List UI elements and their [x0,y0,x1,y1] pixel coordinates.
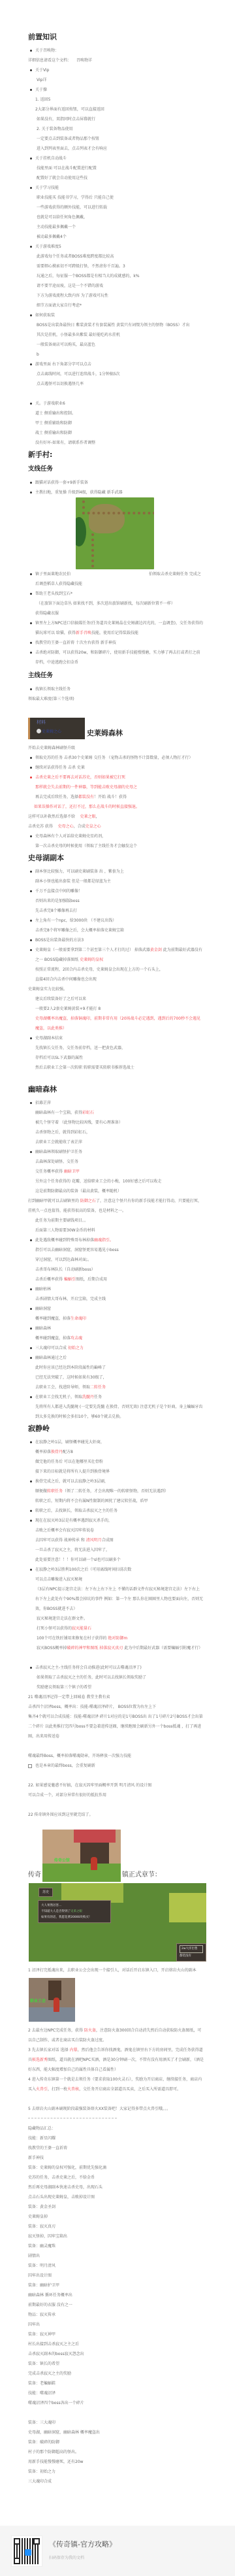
slime-potion: 史母森林有个人对话给史莱姆壳星药剂， [28,831,204,841]
highlight-item: 防御之石 [80,1199,96,1203]
hero-sprite [54,1998,59,2012]
skill-line: 一些游戏获得的额外技能，可以进行转载 [28,203,204,212]
swamp-fragments: 集齐4个就可以合成技能：技能-噬魂沼泽 碎片1对应的是1号BOSS出 出了1号碎… [28,1712,204,1741]
ridge-note: 击败之后概率会有寂灭囚牢传说卷 [28,1526,204,1535]
dark-note: 后面第三人物需要30W金币的材料 [28,1226,204,1235]
ridge-note: 如果领取了击杀寂灭之主的任务，此时可以去找镇长领取奖励了 [28,1673,204,1682]
lake-note: 击杀完8个将军雕像之后，会大概率掉落史莱姆宝箱 [28,926,204,935]
slime-continue: 再去完成后续任务，选择都装没有！开始 战斗！获得 [28,792,204,802]
highlight-option: 都装没有 [78,795,94,799]
ridge-note: 可以点击雕像进入寂灭秘境 [28,1575,204,1584]
choice-sell[interactable]: 2w大洋出售 [180,1945,203,1953]
dark-item: 此处遇敌概率碰到特殊哥布林掉落幽魂指引。 [28,1235,204,1245]
save-text: 这样可以补救然后选择不给 [28,814,75,819]
swamp-boss-note: 击杀四个沼泽boss，概率出：技能-噬魂沼泽碎片， BOSS位置为右左上下 [28,1702,204,1712]
hidden-line: 村子的那个防御超高的怪出。 [28,2447,204,2457]
ridge-text: （领了二转任务，才会出现唯一的转职怪物，否则无法遇到） [63,1489,168,1494]
highlight-item: 绝对防御m [108,1636,127,1641]
bullet-ui: 游戏里面 右下角部分字可以点击 [28,360,204,369]
bullet-skills: 关于学习技能 [28,183,204,193]
highlight-item: 二转任务 [90,1385,106,1390]
dialog-line: 不知道大人是否得到了史莱之眼 [41,1909,108,1915]
highlight-item: 黄金剑 [150,948,162,952]
speaker-name: 苏史 [39,1888,53,1897]
dark-text: 在职业工会找无机子，领取 [35,1395,82,1399]
hidden-line: 物品：寂灭传承 [28,2310,204,2320]
spacer [28,1741,204,1751]
highlight-item: 生命魂印 [70,1316,86,1321]
section-title-prelim: 前置知识 [28,31,204,43]
tree [76,517,86,546]
hidden-line: 装备：幽灵魔珠 [28,2241,204,2251]
dark-item: 幽暗枯林 [28,1284,204,1294]
hidden-line: 击杀寂灭副本的boss寂灭怨念出 [28,2349,204,2359]
mansion-label: 传奇公馆 [54,1856,70,1865]
ridge-text: 去囚牢可以获得 战神传承 和 [35,1538,86,1543]
dark-text: 三大魂印可以合成 [35,1346,68,1350]
auto-line: 技能里面 可以在战斗配置进行配置 [28,163,204,173]
step-22c: 22 传奇镇外围应该到这里就完结了。 [28,1810,204,1820]
dark-item: 幽暗森林 [28,1324,204,1333]
highlight-item: 候选新秀 [32,2058,48,2062]
highlight-item: 攻击魂 [70,1336,82,1341]
lake-note: 先击杀完8个雕像再去打 [28,906,204,916]
dialog-highlight: 史莱之眼 [70,1910,82,1913]
hidden-line: 然后再史母湖副本快速击杀史母，出现石头 [28,2183,204,2192]
ridge-note: 此处需要注意！！！你可以刷一个sl也可以刷多个 [28,1555,204,1565]
final-boss: 噬魂最终Boss，概率掉落噬魂勋章，开场释放一次强力技能 [28,1751,204,1761]
chapter-text: ，交任务开启商店全部道具买卖，之后买入所需道具即可。 [79,2087,181,2092]
hidden-line: 新手神技 [28,2153,204,2163]
ridge-note: 寂灭秘境迷宫走法在群文件。 [28,1614,204,1624]
chapter-step-4: 4 进入传奇东镇第一个就是去领任务（要求获取100火灵石），奖励为开启商店，继续… [28,2075,204,2094]
chapter-text: ，打到一枚 [48,2087,67,2092]
ridge-note: 去囚牢可以获得 战神传承 和 清风明月合成图 [28,1535,204,1545]
dark-note: 击杀剧情大哥布林，开启宝箱，完成主线 [28,1294,204,1304]
class-line: 战士 侧重输出和防御 [28,428,204,438]
hidden-line: 噬魂沼泽四个boss各出一个碎片 [28,2398,204,2408]
lake-item: 史莱姆皇（一般需要拿到第二个甚至第三个人才打的过） 掉落武器黄金剑 此为前期最好… [28,945,204,965]
bullet-summon: 关于召唤物： [28,46,204,56]
grass [42,1864,121,1882]
dark-note: 这是前期防御最高的装备（最高黄装，概率随机） [28,1186,204,1196]
kill-text: ，合成 [74,824,86,829]
slime-warning: 那样就会失去前期的一件神器，等到能击败史母湖的史母之 [28,782,204,792]
hidden-line: 装备：幽暗护卫甲 [28,2281,204,2290]
dialog-line: 如果有的话，我愿花费20000块购买！ [41,1915,108,1920]
highlight-skill: 新手召唤 [76,631,91,635]
spacer [28,1073,204,1082]
bullet-vip: 关于Vip [28,65,204,75]
subsection-side-quests: 支线任务 [28,463,204,475]
hidden-line: 剧情出 [28,2251,204,2261]
dialog-screenshot: 苏史 大人果然厉害... 不知道大人是否得到了史莱之眼 如果有的话，我愿花费20… [29,1883,206,1962]
ops-line: 一定要点击到装备或者物品那个按钮 [28,134,204,144]
slime-warning: 如果误操作对话了，还打不过，那么在战斗的时候直接强退。 [28,802,204,812]
ridge-note: 奖励建议领取第三个镇子的希望 [28,1682,204,1692]
section-title-village: 新手村: [28,449,204,461]
ridge-note: 转职之后，短期内将不会有属N性限制的困扰了建议转狂战，盾甲 [28,1496,204,1506]
ridge-text: 配方8 [63,1450,73,1454]
highlight-item: 彩虹石 [82,1111,94,1115]
ridge-note: 寂灭BOSS概率掉破碎的神甲和图纸 掉落寂灭真刃 此为中后期最好武器（需要蝙蝠引… [28,1643,204,1653]
highlight-item: 史莱之眼 [80,814,96,819]
auto-line: 配置好了就会自动使用这些技 [28,173,204,183]
slime-heart-icon [37,729,41,733]
hidden-line: 技能：新星闪耀 [28,2133,204,2143]
ridge-text: 顺便做 [35,1489,47,1494]
ridge-text: 100个可在铁匠铺用来修复在村子获得的 [37,1636,108,1641]
choice-none[interactable]: 都装没有 [180,1953,203,1960]
gear-line: b [28,350,204,360]
qr-finder [14,2538,20,2545]
checkbox-label: 也是本章的最终boss，会重复刷新 [35,1764,95,1768]
bullet-difficulty: 关于游戏难度5 [28,242,204,252]
slime-intro: 开始去史莱姆森林刷怪升级 [28,743,204,753]
dark-note: 概率碰到魔盗，掉落生命魂印 [28,1314,204,1324]
hidden-line: 装备：破碎的防御 [28,2437,204,2447]
bullet-auto-battle: 关于挂机自动战斗 [28,154,204,163]
diff-line: 玩通之后，每征服一个BOSS都是有相当大的成就感的，k% [28,271,204,281]
dark-text: 概率碰到魔盗，掉落 [35,1316,70,1321]
ridge-note: （3层有NPC提示迷宫走法：左下右上右下左上 不懂的话群文件有寂灭秘境迷宫走法）… [28,1584,204,1614]
ridge-text: 打死小怪可以获得的 [37,1626,72,1631]
hidden-line: 装备：老蝙蝠鞋 [28,2379,204,2388]
side-quest-defense: 击杀绝对防御，可以获得20w，和防御碎片，使用新手技能慢慢磨，实力够了再去打或者… [28,648,204,667]
ridge-item: 在寂静之岭3层胜利100次之后（可用离线时间扫荡次数 [28,1565,204,1575]
dark-text: 打到幽暗甲就可以去刷镇里的 [28,1199,80,1203]
dark-text: 图纸，后期合成用 [76,1277,107,1282]
skill-line: 主动技能最多佩戴一个 [28,222,204,232]
ridge-text: 寂灭BOSS概率掉 [37,1646,67,1650]
spacer [28,1771,204,1781]
ridge-item: 击杀寂灭之主-主线任务将会自动推进(此时可以去噬魂沼泽了) [28,1663,204,1673]
hidden-line: 技能：噬魂沼泽 [28,2388,204,2398]
ops-line: 如果没有，双指同时点击屏幕就行 [28,114,204,124]
spacer [28,389,204,399]
spacer [28,704,204,714]
dark-note: 幽暗森林有一个宝箱，获得彩虹石 [28,1108,204,1118]
dark-note: 概率碰到魔盗，掉落攻击魂 [28,1333,204,1343]
spacer [28,2094,204,2104]
footer-card: 《传奇镇-官方攻略》 扫码保存为我的文档 [0,2526,235,2576]
hidden-line: 用新手技能慢慢磨死，还有20w [28,2457,204,2467]
highlight-item: 史莱姆的皇权 [80,958,103,962]
highlight-item: 换骨丹 [51,1450,63,1454]
section-title-ridge: 寂静岭 [28,1423,204,1435]
lake-red-note: 史母湖概率出魔盗，掉落铜魂印，前期非常有用（20场战斗必定遇到，遇到后的700秒… [28,1014,204,1033]
dark-text: 此处遇敌概率碰到特殊哥布林掉落 [35,1238,94,1243]
highlight-item: 火兽引 [36,2087,48,2092]
hidden-line: 找教堂的王婆一直祈祷 [28,2143,204,2153]
chapter-text: 图纸，道具就在酒吧NPC买酒，酒是30分钟刷一次，不管有没有用酒买了才会刷新，（… [28,2058,204,2072]
highlight-item: 火兽核 [67,2087,79,2092]
wheat-field [169,1893,206,1922]
highlight-item: 寂灭能量石 [72,1626,91,1631]
summon-doc-line: 详细信息请看这个文档：召唤物详 [28,56,204,65]
highlight-item: 幽魂指引。 [94,1238,114,1243]
legend-title-text: 传奇 [28,1871,41,1879]
roof [74,1830,116,1843]
diff-line: 细节方面请大家自行考虑* [28,301,204,310]
side-quest-old-man: 帮助王老头找到宝石* [28,589,204,599]
bag-title: 材料 [37,718,46,728]
farmer-text: 镇子里面莱地农民伯 [35,572,70,577]
spacer [28,1653,204,1663]
lake-strong: 史莱姆皇实力比较强。 [28,984,204,994]
highlight-item: 史皇之心 [86,824,101,829]
lake-note: 建议后续装备好了之后可以来 [28,994,204,1004]
step-22b: 可以合成一个，对部分异常有很好的抵抗作用 [28,1790,204,1800]
diff-line: 需要细心摸索切不可跨级打怪，不然虐你千百遍。3 [28,261,204,271]
highlight-item: 幽暗卫甲 [64,1169,80,1174]
dark-text: 幽暗森林有一个宝箱，获得 [35,1111,82,1115]
chapter-text: 3 先去镇长家对话 选择 [28,2048,70,2052]
lake-item: 左上角有一个npc，给3000块 （不建议出钱） [28,916,204,926]
bullet-ops: 关于操 [28,85,204,95]
vip-doc-link[interactable]: Vip详 [28,75,204,85]
side-quest-item: 跟猫对话获得一套+9新手装备 [28,478,204,488]
hidden-line: 装备：初始之力 [28,2467,204,2477]
summon-doc-link[interactable]: 召唤物详 [76,58,92,63]
ridge-note: 打死小怪可以获得的寂灭能量石 [28,1624,204,1633]
dark-item: 三大魂印可以合成 初始之力 [28,1343,204,1353]
ridge-item: 转职之后，去找镇长，领取击杀寂灭之主的任务 [28,1506,204,1516]
dark-note: 交任务概率获得 幽暗卫甲 [28,1167,204,1177]
hidden-line: 寂灭怪掉，囚牢宝箱出 [28,2232,204,2241]
dark-item: 在职业工会找无机子，领取洗髓丹任务 [28,1392,204,1402]
legend-town-title: 传奇 传奇公馆 镇正式章节： [28,1830,204,1882]
ridge-text: 此为中后期最好武器（需要蝙蝠引附魔才行） [123,1646,202,1650]
dialog-text: 不知道大人是否得到了 [41,1910,70,1913]
highlight-item: 内幕 [70,2048,78,2052]
kill-text: 击杀史苏 获得 [28,824,53,829]
highlight-item: 蝙蝠引 [64,1277,76,1282]
diff-line: 下方为游戏流程大致内容 为了游戏可玩性 [28,291,204,301]
ui-line: 点击离线时间，可以进行连续战斗，1分钟搞5次 [28,369,204,379]
footer-subtitle: 扫码保存为我的文档 [49,2553,116,2563]
hidden-line: 囚牢出设计图 [28,2271,204,2281]
dark-item: 幽暗森林领取刷怪护卫任务 [28,1147,204,1157]
step-22a: 22. 如果感觉魅惑不好搞，在寂灭囚牢里面概率开到 明月清风 的设计图 [28,1781,204,1790]
lake-note: 副本小怪也能出套装 但是一般都是绿蓝为主 [28,877,204,886]
dialog-box: 大人果然厉害... 不知道大人是否得到了史莱之眼 如果有的话，我愿花费20000… [38,1900,111,1923]
dark-note: 指引可以去幽暗洞窟，洞窟怪更容易遇见小boss [28,1245,204,1255]
old-man-note: （在旅馆下面边草丛 如果找不到，多次进出旅馆刷新找，每次刷新位置不一样） [28,599,204,609]
slime-forest-header: 材料 史莱姆之心 史莱姆森林 [28,718,204,739]
ridge-note: 100个可在铁匠铺用来修复在村子获得的 绝对防御m [28,1633,204,1643]
main-quest-item: 找镇长领取主线任务 [28,684,204,694]
hidden-line: 囚牢出 [28,2320,204,2330]
skill-line: 也就是可以给任何角色佩戴， [28,212,204,222]
dark-item: 幽暗洞窟 [28,1304,204,1314]
checkbox[interactable] [28,1764,32,1768]
hidden-line: 装备：寂灭真刃 [28,2222,204,2232]
dark-note: 已经无法突破了，这时候如果有30级了， [28,1373,204,1382]
bag-screenshot: 材料 史莱姆之心 [28,718,85,739]
dark-defense: 打到幽暗甲就可以去刷镇里的 防御之石了，注意这个怪只有你的新手技能才能打得动，只… [28,1196,204,1216]
dark-text: 击杀后概率获得 [35,1277,64,1282]
guild-screenshot: 职业工会 [29,1978,75,2022]
ops-line: 1. 返回5 [28,95,204,105]
hidden-title: 隐藏物品汇总： [28,2124,204,2133]
stone-wall [82,497,154,514]
spacer [28,2408,204,2418]
dark-note: 击杀哥布林队长（自动刷新boss） [28,1265,204,1275]
subsection-main-quests: 主线任务 [28,670,204,682]
continue-text: ！开始 战斗！获得 [94,795,127,799]
gear-line: BOSS是出装备最快日 紫装黄装才有套装属性 黄装只有词缀为领主的怪物（BOSS… [28,320,204,330]
section-title-dark-forest: 幽暗森林 [28,1084,204,1096]
chapter-step-3: 3 先去镇长家对话 选择 内幕，然后他会告诉你找酒鬼，酒鬼在镇里右下方的房间里，… [28,2045,204,2075]
footer-title: 《传奇镇-官方攻略》 [49,2539,116,2551]
npc-text: 技能，使用后记得装载技能 [91,631,138,635]
dark-item: 幽暗森林通过之后 [28,1353,204,1363]
slime-item: 领取史苏的任务 击杀30个史莱姆 交任务 （宠物击杀的怪物不计算数量，必须人物打… [28,753,204,763]
spacer [28,1800,204,1810]
old-man-reward: 获得隐藏衣服 [28,609,204,618]
qr-finder [33,2538,40,2545]
dark-note: 穿过洞窟，可以到达森林对面;。 [28,1255,204,1265]
highlight-item: 清风明月 [86,1538,102,1543]
dialog-line: 大人果然厉害... [41,1903,108,1909]
dark-note: 此任务为前期主要刷钱项目。。 [28,1216,204,1226]
chapter-step-1: 1 沼泽打完抵魂出来，去职业公会会出现一个接引人，对话后开启东镇入口，开启熔岩火… [28,1965,204,1975]
swamp-step-21: 21 噬魂沼泽记得一定带上回城卷 教堂主教有卖 [28,1692,204,1702]
summon-doc-text: 详细信息请看这个文档： [28,58,71,63]
ops-line: 2大部分界面有返回按钮，可以直接返回 [28,105,204,114]
legend-mansion-screenshot: 传奇公馆 [42,1830,121,1882]
side-quest-pray: 找教堂的王婆一直祈祷 十次左右获得 新手神技 [28,638,204,648]
ui-line: 点击遇怪可以切换遇怪几率 [28,379,204,389]
dark-note: 击杀怪物之后，就得到彩虹石， [28,1128,204,1137]
section-title-slime-forest: 史莱姆森林 [87,729,123,737]
hidden-line: 村长出接到击杀寂灭之主之后 [28,2339,204,2349]
legend-title-text: 镇正式章节： [122,1871,161,1879]
diff-line: 此游戏每个任务或者BOSS难度跨度都比较高 [28,252,204,261]
hidden-line: 史莱姆皇掉 [28,2212,204,2222]
ridge-note: 接下来的目标就是将所有人提升到换骨境界 [28,1467,204,1477]
ridge-text: 概率掉落 [35,1450,51,1454]
hidden-line: 幽暗森林 循环任务概率出 [28,2290,204,2300]
lake-note: 否则出来的是加强版boss [28,896,204,906]
hidden-line: 装备：明月清风 [28,2261,204,2271]
hidden-line: 装备：寂灭神甲 [28,2330,204,2339]
divider [28,2118,117,2118]
dark-note: 被几个怪守着 （此怪物比较凶残，要有心理准备） [28,1118,204,1128]
qr-code-icon[interactable] [12,2536,42,2566]
class-line: 甲士 侧重辅助和防御 [28,418,204,428]
dark-note: 去职业工会，找进阶导师，领取二转任务 [28,1382,204,1392]
slime-potion-note: 第一次击杀史母的时候使用（领取了主线任务才会触发这个 [28,841,204,851]
ridge-item: 现在在寂灭岭3层是有概率遇到寂灭杀手的， [28,1516,204,1526]
bullet-gear: 如何获取装 [28,310,204,320]
side-quest-item: 主教扫地，重复操 升级到4级，获得隐藏 新手武器 [28,488,204,497]
qr-finder [14,2558,20,2564]
ops-line: 2. 关于装备物品使用 [28,124,204,134]
floor [29,2007,75,2022]
gear-line: 一般装备商店可以购买，最高蓝色 [28,340,204,350]
hidden-line: 史母湖，幽暗洞窟，幽暗森林 概率魔盗出 [28,2428,204,2437]
ridge-item: 换骨完成之后，就可以去寂静之岭3层刷， [28,1477,204,1486]
choice-menu: 2w大洋出售 都装没有 [176,1943,206,1962]
dark-text: 任务 [94,1395,102,1399]
slime-item: 继续对话获得任务 击杀 史莱 [28,763,204,773]
highlight-item: 初始之力 [68,1346,84,1350]
dark-note: 此时你应该已经达到本阶段属性的巅峰了 [28,1363,204,1373]
lake-note: 直接4回合内击杀中间雕像也会出现 [28,975,204,984]
hidden-line: 装备：三大魂印 [28,2418,204,2428]
skill-line: 职业技能买 技能书学习，学得后 只能自己使 [28,193,204,203]
side-quest-farmer: 镇子里面莱地农民伯伯领取击杀史莱姆任务 完成之后调查稻草人获得隐藏技能 [28,569,204,589]
stone-wall [91,533,154,569]
skill-line: 被动最多佩戴4个 [28,232,204,242]
dark-note: 去森林深处刷怪、交任务 [28,1157,204,1167]
ridge-note: 做完他的任务后 可以在他哪里买壮骨粉 [28,1457,204,1467]
gear-line: 其次是挂机，小怪最多出紫装 最好能吃药水挂机 [28,330,204,340]
highlight-item: 转职任务 [47,1489,63,1494]
hidden-line: 前期最好的衣服 没有之一 [28,2300,204,2310]
chapter-step-2: 2 去最左边NPC完成任务，获得 防火盔，注意防火盔300回合自动消失然后自动获… [28,2026,204,2045]
slime-warning: 击杀史莱之后不要再去对话苏史，否则如果被它打死 [28,773,204,782]
lake-note: 存档后可以SL下武器的属性 [28,1053,204,1063]
village-map-screenshot [76,497,154,569]
hidden-line: 装备：镇长的希望 [28,2359,204,2369]
dark-text: 去职业工会，找进阶导师，领取 [35,1385,90,1390]
hidden-line: 装备：史莱姆的皇权可强化，前期优先强化滴 [28,2163,204,2173]
lake-note: 一般要2人2套史莱姆黄装+9才能打 8 [28,1004,204,1014]
document-body: 前置知识 关于召唤物： 详细信息请看这个文档：召唤物详 关于Vip Vip详 关… [0,0,235,2486]
class-line: 道士 侧重输出和控制。 [28,409,204,418]
dark-note: 先将所有人都进入洗髓境 (一定要先洗髓 在换骨，否则无效) 注意无机子是个奸商，… [28,1402,204,1422]
hidden-line: 点击石头出现史莱姆皇，击败掉设计图 [28,2192,204,2202]
highlight-item: 防火盔 [84,2028,96,2033]
hidden-items-list: 技能：新星闪耀 找教堂的王婆一直祈祷 新手神技 装备：史莱姆的皇权可强化，前期优… [28,2133,204,2486]
lake-note: 按照正常流程，2回合内击杀史母，史莱姆皇会出现在上方的一个石头上， [28,965,204,975]
guild-label: 职业工会 [30,1996,46,2006]
dark-item: 招募芷萍 [28,1098,204,1108]
hero-sprite [91,1857,97,1870]
main-quest-note: 领取最大难度(第三个选项) [28,694,204,704]
side-quest-npc: 镇里左上方NPC送口信搞媒任务(任务道具史莱姆晶在史姆湖边闪光的，一直调查)，交… [28,618,204,638]
ridge-note: 一旦击杀了寂灭之主，将无法进入囚牢了， [28,1545,204,1555]
dark-note: 去职业工会就能收了表芷萍 [28,1137,204,1147]
section-title-lake: 史母湖副本 [28,852,204,864]
lake-item: 史母湖副本结束 [28,1033,204,1043]
lake-note: 先找镇长交任务，交任务前存档，送一把黄色武器， [28,1043,204,1053]
highlight-item: 史母之心 [58,824,74,829]
bag-item: 史莱姆之心 [42,727,61,737]
ops-line: 进入到列表里面去，点击列表才会有响应 [28,144,204,154]
hidden-line: 完成击杀寂灭之主的奖励 [28,2369,204,2379]
final-boss-check-row: 也是本章的最终boss，会重复刷新 [28,1761,204,1771]
ridge-note: 概率掉落换骨丹配方8 [28,1447,204,1457]
spacer [28,1820,204,1830]
lake-text: 史莱姆皇（一般需要拿到第二个甚至第三个人才打的过） 掉落武器 [35,948,150,952]
dark-text: 概率碰到魔盗，掉落 [35,1336,70,1341]
highlight-item: 洗髓丹 [82,1395,94,1399]
footer-text: 《传奇镇-官方攻略》 扫码保存为我的文档 [49,2539,116,2563]
lake-item: 副本怪比较强力，可以刷史莱刷装备 出 ，紫套为上 [28,867,204,877]
slime-kill: 击杀史苏 获得 史母之心，合成史皇之心 [28,822,204,831]
dark-note: 另外这个任务获得的 花瓣，送给职业工会的小梅，100好感之后可以收走 [28,1177,204,1186]
bullet-classes: 关。于游戏职业6 [28,399,204,409]
highlight-item: 破碎的神甲和图纸 掉落寂灭真刃 [67,1646,123,1650]
dark-text: 交任务概率获得 [35,1169,64,1174]
continue-text: 再去完成后续任务，选择 [35,795,78,799]
lake-item: BOSS是出装备最快的方法3 [28,935,204,945]
chapter-text: 2 去最左边NPC完成任务，获得 [28,2028,84,2033]
